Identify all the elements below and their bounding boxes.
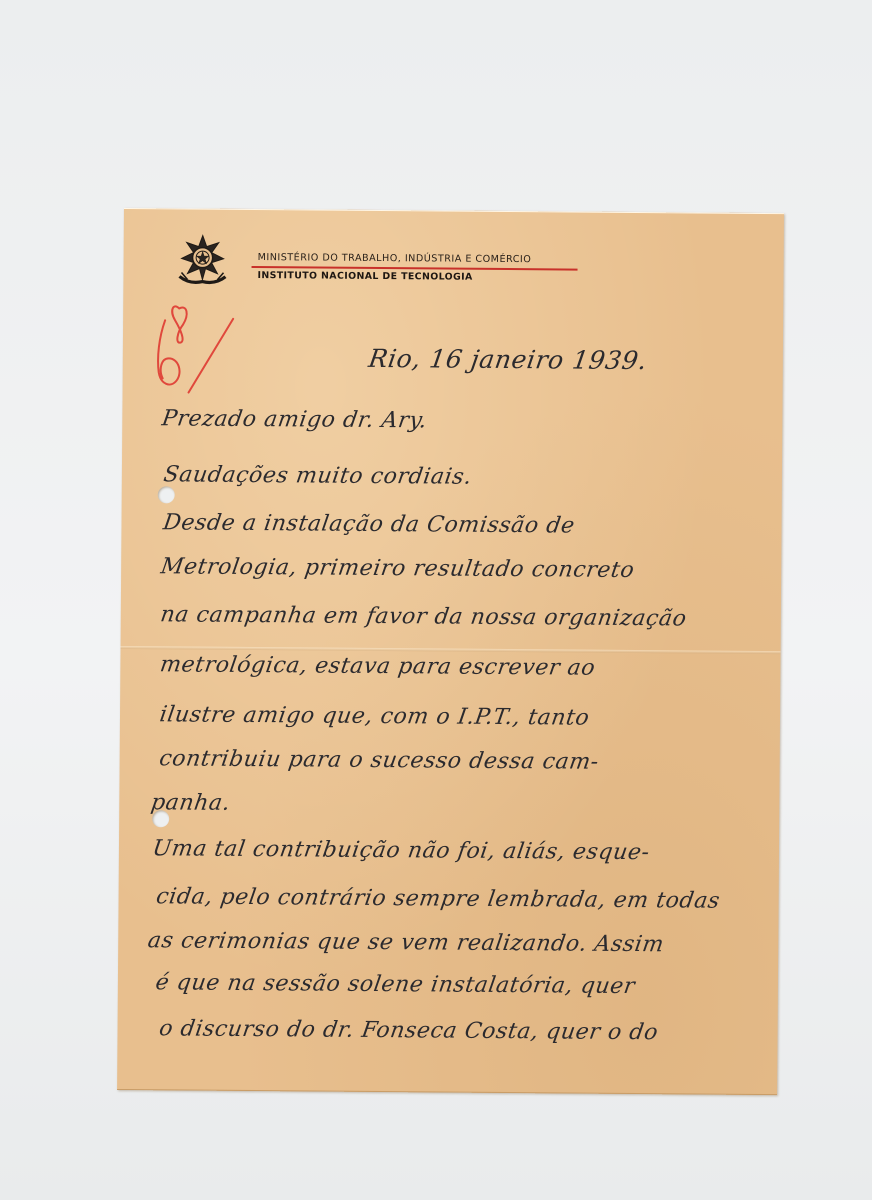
letter-body-line: panha. — [149, 790, 232, 816]
letter-body-line: Metrologia, primeiro resultado concreto — [159, 554, 636, 583]
letter-body-line: metrológica, estava para escrever ao — [158, 652, 597, 680]
letter-body-line: Uma tal contribuição não foi, aliás, esq… — [151, 836, 652, 865]
letter-date: Rio, 16 janeiro 1939. — [367, 344, 649, 375]
letter-greeting: Saudações muito cordiais. — [162, 462, 474, 489]
letter-body-line: na campanha em favor da nossa organizaçã… — [159, 602, 689, 631]
brazil-coat-of-arms-icon — [175, 232, 229, 286]
letter-body-line: as cerimonias que se vem realizando. Ass… — [146, 928, 666, 957]
letterhead-ministry: MINISTÉRIO DO TRABALHO, INDÚSTRIA E COMÉ… — [258, 252, 532, 265]
letter-body-line: é que na sessão solene instalatória, que… — [154, 970, 637, 999]
letterhead-institute: INSTITUTO NACIONAL DE TECNOLOGIA — [257, 270, 472, 283]
letter-body-line: contribuiu para o sucesso dessa cam- — [158, 746, 601, 774]
letter-page: MINISTÉRIO DO TRABALHO, INDÚSTRIA E COMÉ… — [117, 208, 784, 1095]
red-annotation-mark — [148, 292, 245, 403]
punch-hole-top — [158, 486, 175, 503]
letter-body-line: o discurso do dr. Fonseca Costa, quer o … — [157, 1016, 659, 1045]
letter-body-line: ilustre amigo que, com o I.P.T., tanto — [158, 702, 591, 730]
letter-body-line: Desde a instalação da Comissão de — [161, 510, 576, 538]
letter-body-line: cida, pelo contrário sempre lembrada, em… — [154, 884, 721, 913]
letter-salutation: Prezado amigo dr. Ary. — [160, 406, 429, 433]
